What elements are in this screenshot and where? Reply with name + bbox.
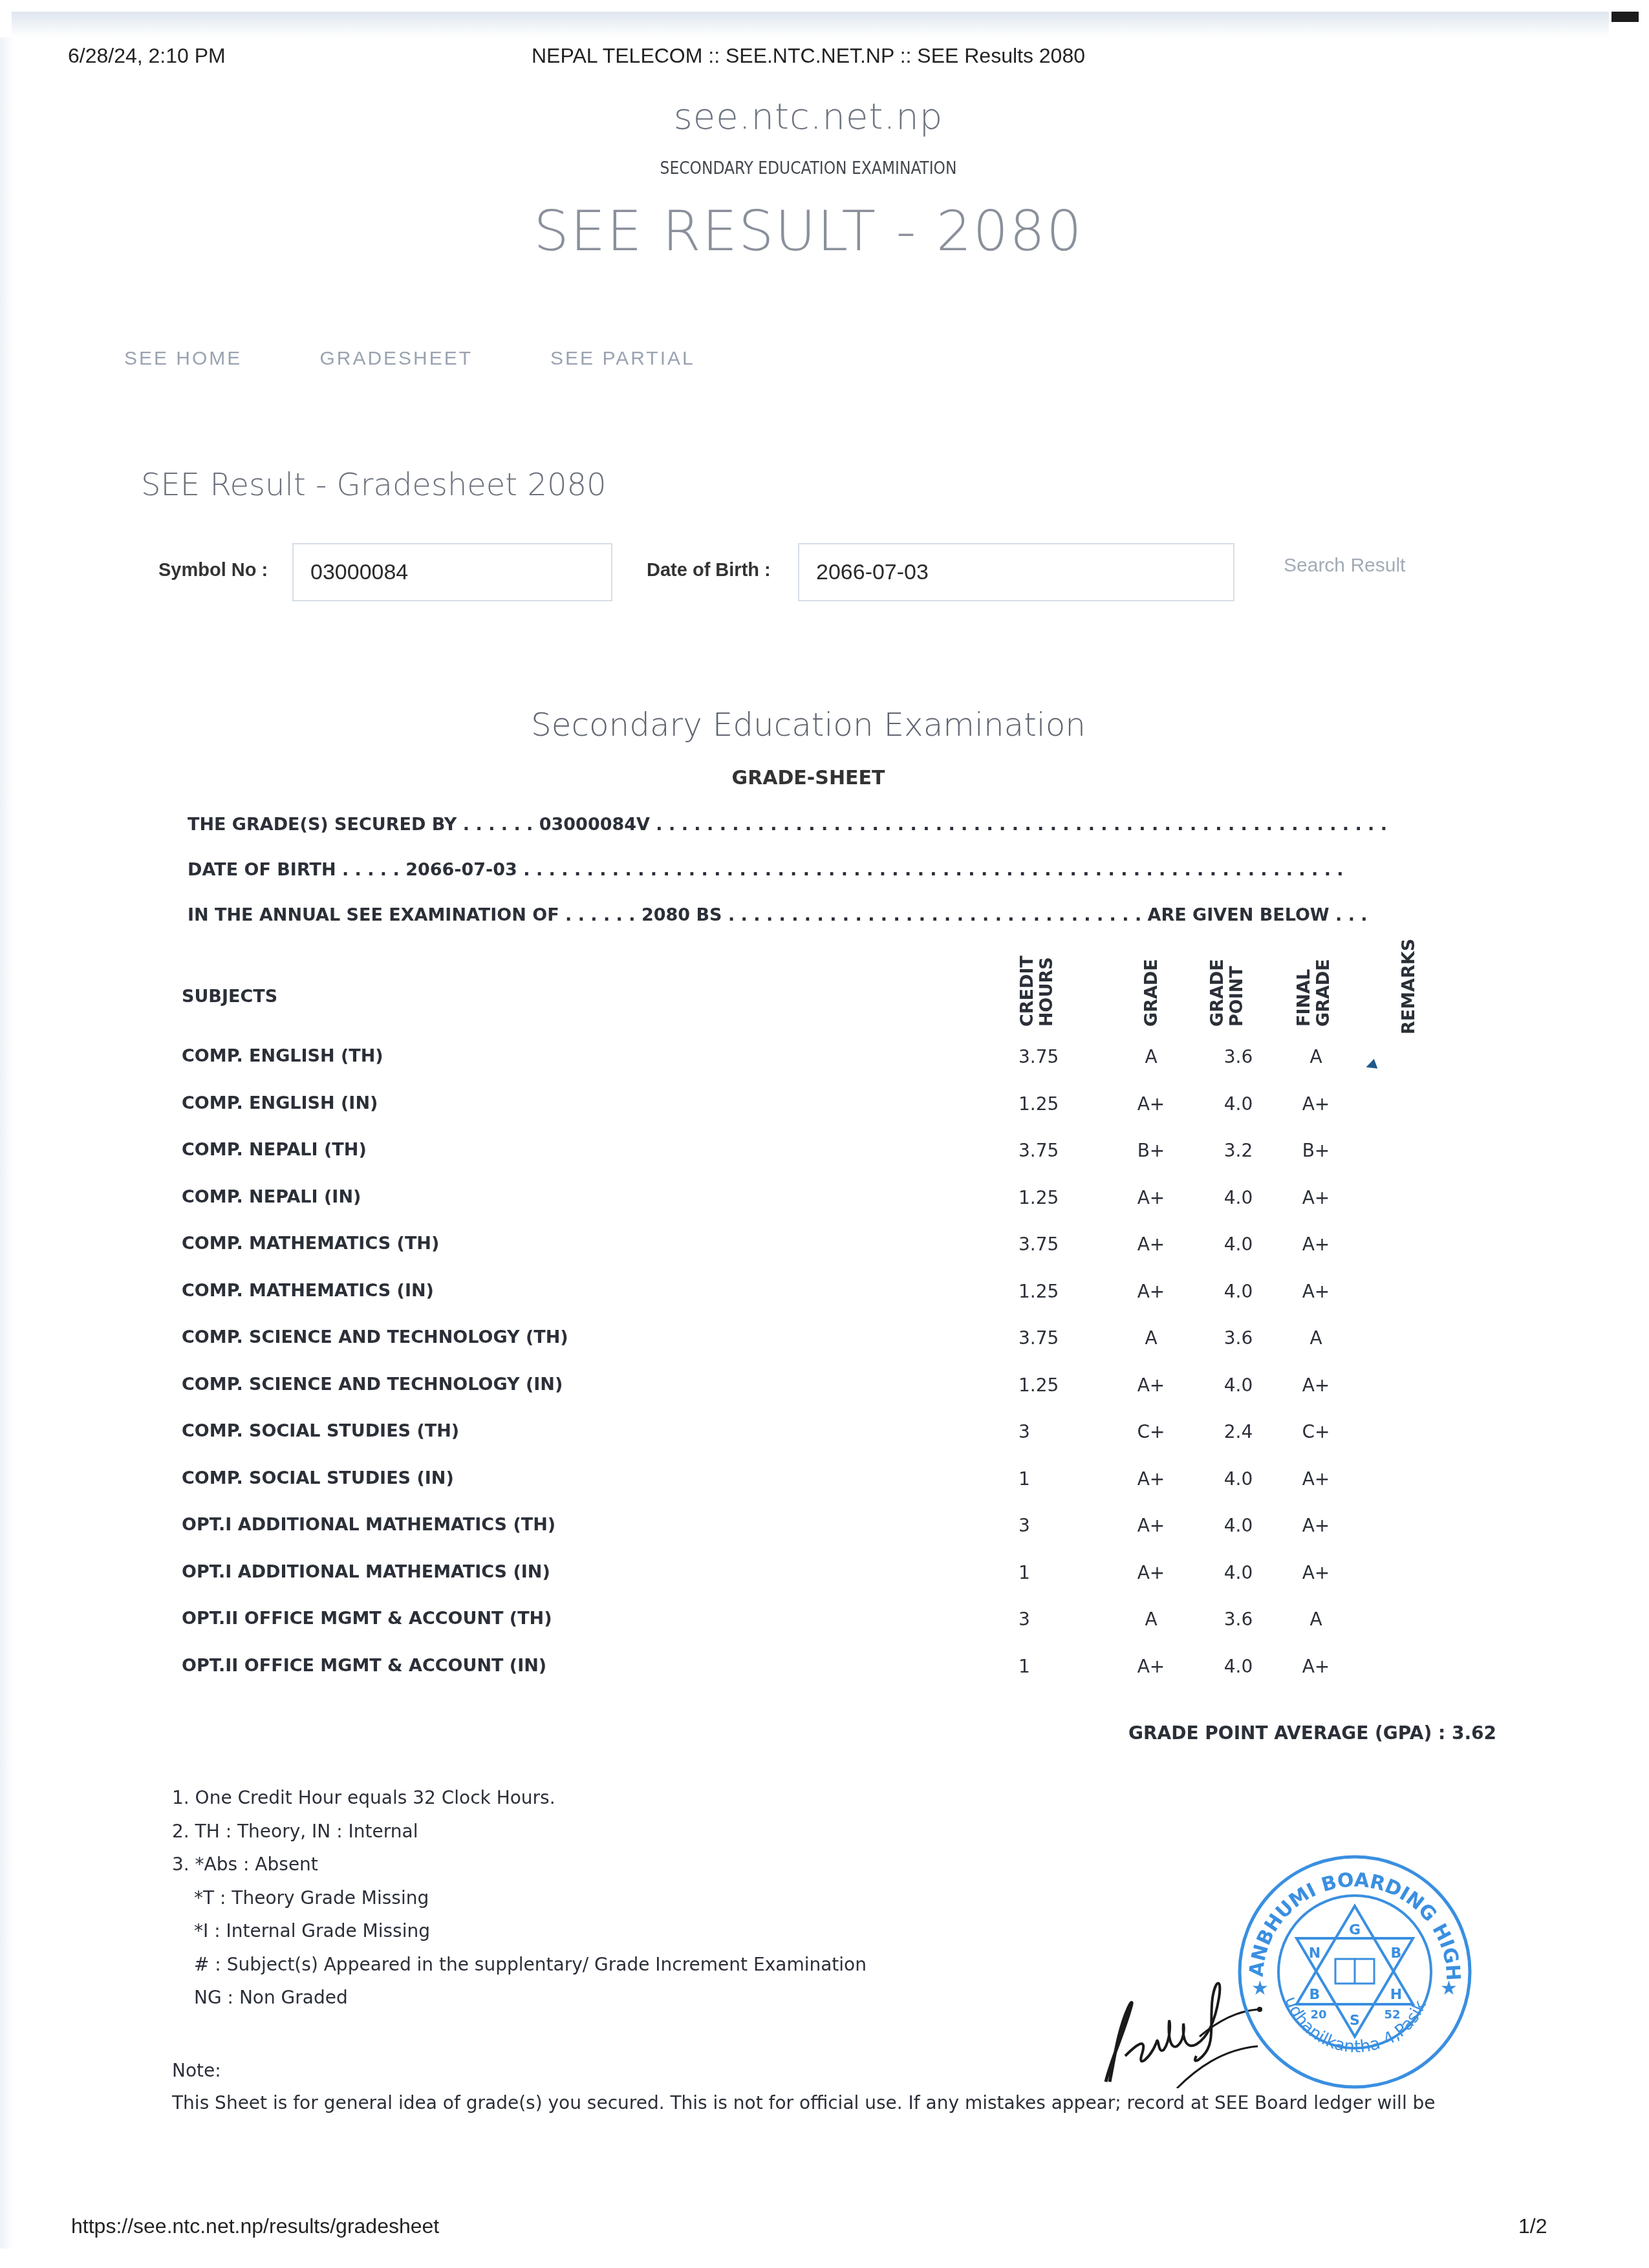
svg-text:N: N [1309, 1945, 1320, 1962]
table-row: OPT.I ADDITIONAL MATHEMATICS (TH)3A+4.0A… [0, 1515, 1649, 1541]
grade-point-cell: 3.6 [1209, 1609, 1267, 1630]
symbol-no-label: Symbol No : [158, 560, 268, 581]
subject-cell: OPT.I ADDITIONAL MATHEMATICS (TH) [182, 1515, 555, 1535]
table-row: COMP. SOCIAL STUDIES (IN)1A+4.0A+ [0, 1468, 1649, 1494]
credit-hours-cell: 1.25 [1018, 1093, 1059, 1115]
subject-cell: COMP. NEPALI (IN) [182, 1187, 361, 1207]
grade-cell: A+ [1128, 1468, 1174, 1490]
final-grade-cell: A [1293, 1609, 1339, 1630]
site-domain: see.ntc.net.np [0, 96, 1617, 138]
final-grade-cell: A+ [1293, 1234, 1339, 1255]
grade-point-cell: 2.4 [1209, 1421, 1267, 1442]
credit-hours-cell: 3.75 [1018, 1046, 1059, 1067]
final-grade-cell: B+ [1293, 1140, 1339, 1161]
final-grade-cell: A+ [1293, 1562, 1339, 1583]
subject-cell: COMP. SCIENCE AND TECHNOLOGY (IN) [182, 1375, 563, 1395]
grade-cell: A+ [1128, 1234, 1174, 1255]
legend-item: *I : Internal Grade Missing [194, 1920, 430, 1942]
legend-item: 1. One Credit Hour equals 32 Clock Hours… [172, 1787, 555, 1808]
credit-hours-cell: 1.25 [1018, 1187, 1059, 1208]
credit-hours-cell: 1.25 [1018, 1281, 1059, 1302]
date-of-birth-label: Date of Birth : [647, 560, 771, 581]
print-page-title: NEPAL TELECOM :: SEE.NTC.NET.NP :: SEE R… [0, 44, 1617, 68]
legend-item: 3. *Abs : Absent [172, 1854, 318, 1875]
grade-point-cell: 4.0 [1209, 1234, 1267, 1255]
svg-text:B: B [1391, 1945, 1402, 1962]
grade-cell: A+ [1128, 1515, 1174, 1536]
table-row: COMP. SOCIAL STUDIES (TH)3C+2.4C+ [0, 1421, 1649, 1447]
legend-item: NG : Non Graded [194, 1987, 348, 2008]
credit-hours-cell: 3.75 [1018, 1234, 1059, 1255]
footer-page-number: 1/2 [1518, 2214, 1547, 2238]
column-header-grade: GRADE [1142, 957, 1163, 1027]
subject-cell: OPT.II OFFICE MGMT & ACCOUNT (IN) [182, 1656, 546, 1676]
subject-cell: OPT.I ADDITIONAL MATHEMATICS (IN) [182, 1562, 550, 1582]
grade-cell: B+ [1128, 1140, 1174, 1161]
subject-cell: COMP. MATHEMATICS (TH) [182, 1234, 439, 1254]
credit-hours-cell: 1 [1018, 1656, 1030, 1677]
svg-text:S: S [1350, 2013, 1360, 2029]
column-header-remarks: REMARKS [1399, 950, 1420, 1034]
scan-edge-mark [1611, 12, 1639, 22]
grade-point-cell: 4.0 [1209, 1187, 1267, 1208]
credit-hours-cell: 1 [1018, 1562, 1030, 1583]
final-grade-cell: A+ [1293, 1375, 1339, 1396]
table-row: COMP. SCIENCE AND TECHNOLOGY (TH)3.75A3.… [0, 1327, 1649, 1353]
secured-by-line: THE GRADE(S) SECURED BY . . . . . . 0300… [188, 815, 1387, 835]
subject-cell: COMP. ENGLISH (IN) [182, 1093, 378, 1113]
nav-see-partial[interactable]: SEE PARTIAL [550, 348, 695, 370]
scan-edge-shadow [12, 12, 1609, 37]
subject-cell: COMP. ENGLISH (TH) [182, 1046, 383, 1066]
table-row: COMP. NEPALI (TH)3.75B+3.2B+ [0, 1140, 1649, 1166]
credit-hours-cell: 1.25 [1018, 1375, 1059, 1396]
grade-point-cell: 4.0 [1209, 1093, 1267, 1115]
svg-text:B: B [1309, 1987, 1320, 2003]
grade-cell: A [1128, 1609, 1174, 1630]
credit-hours-cell: 3 [1018, 1515, 1030, 1536]
column-header-grade-point: GRADE POINT [1208, 956, 1248, 1027]
table-row: OPT.II OFFICE MGMT & ACCOUNT (TH)3A3.6A [0, 1609, 1649, 1634]
legend-item: *T : Theory Grade Missing [194, 1887, 429, 1909]
dob-line: DATE OF BIRTH . . . . . 2066-07-03 . . .… [188, 860, 1344, 880]
credit-hours-cell: 3 [1018, 1421, 1030, 1442]
legend-item: 2. TH : Theory, IN : Internal [172, 1821, 418, 1842]
grade-point-cell: 4.0 [1209, 1515, 1267, 1536]
final-grade-cell: A [1293, 1327, 1339, 1349]
final-grade-cell: A+ [1293, 1093, 1339, 1115]
grade-cell: A+ [1128, 1281, 1174, 1302]
grade-cell: A+ [1128, 1656, 1174, 1677]
grade-cell: A [1128, 1046, 1174, 1067]
gradesheet-subtitle: GRADE-SHEET [0, 767, 1617, 789]
subject-cell: OPT.II OFFICE MGMT & ACCOUNT (TH) [182, 1609, 552, 1629]
table-row: COMP. MATHEMATICS (IN)1.25A+4.0A+ [0, 1281, 1649, 1307]
column-header-final-grade: FINAL GRADE [1295, 956, 1335, 1027]
credit-hours-cell: 3.75 [1018, 1327, 1059, 1349]
main-nav: SEE HOME GRADESHEET SEE PARTIAL [124, 348, 695, 370]
final-grade-cell: A+ [1293, 1656, 1339, 1677]
final-grade-cell: C+ [1293, 1421, 1339, 1442]
form-title: SEE Result - Gradesheet 2080 [141, 467, 607, 503]
gpa-summary: GRADE POINT AVERAGE (GPA) : 3.62 [1128, 1722, 1496, 1744]
grade-point-cell: 4.0 [1209, 1281, 1267, 1302]
table-row: COMP. ENGLISH (IN)1.25A+4.0A+ [0, 1093, 1649, 1119]
final-grade-cell: A [1293, 1046, 1339, 1067]
site-title: SEE RESULT - 2080 [0, 199, 1617, 264]
subject-cell: COMP. SOCIAL STUDIES (IN) [182, 1468, 454, 1488]
grade-cell: C+ [1128, 1421, 1174, 1442]
footer-url: https://see.ntc.net.np/results/gradeshee… [71, 2214, 439, 2238]
subject-cell: COMP. SOCIAL STUDIES (TH) [182, 1421, 459, 1441]
svg-text:20: 20 [1310, 2008, 1326, 2022]
credit-hours-cell: 3.75 [1018, 1140, 1059, 1161]
grade-point-cell: 4.0 [1209, 1468, 1267, 1490]
grade-cell: A+ [1128, 1375, 1174, 1396]
star-icon: ★ [1251, 1977, 1269, 2000]
subject-cell: COMP. NEPALI (TH) [182, 1140, 367, 1160]
svg-text:52: 52 [1384, 2008, 1400, 2022]
gradesheet-title: Secondary Education Examination [0, 706, 1617, 744]
note-label: Note: [172, 2060, 221, 2081]
column-header-credit-hours: CREDIT HOURS [1018, 956, 1058, 1027]
grade-cell: A+ [1128, 1093, 1174, 1115]
final-grade-cell: A+ [1293, 1281, 1339, 1302]
nav-see-home[interactable]: SEE HOME [124, 348, 242, 370]
grade-point-cell: 4.0 [1209, 1562, 1267, 1583]
final-grade-cell: A+ [1293, 1515, 1339, 1536]
subject-cell: COMP. MATHEMATICS (IN) [182, 1281, 434, 1301]
final-grade-cell: A+ [1293, 1187, 1339, 1208]
column-header-subjects: SUBJECTS [182, 987, 277, 1007]
table-row: OPT.II OFFICE MGMT & ACCOUNT (IN)1A+4.0A… [0, 1656, 1649, 1682]
svg-text:H: H [1390, 1987, 1402, 2003]
school-stamp: NAWA GYANBHUMI BOARDING HIGH SCHOOL Budh… [1232, 1849, 1478, 2095]
nav-gradesheet[interactable]: GRADESHEET [319, 348, 473, 370]
grade-point-cell: 3.6 [1209, 1327, 1267, 1349]
grade-point-cell: 3.6 [1209, 1046, 1267, 1067]
legend-item: # : Subject(s) Appeared in the supplenta… [194, 1954, 867, 1975]
symbol-no-input[interactable] [292, 543, 612, 601]
credit-hours-cell: 3 [1018, 1609, 1030, 1630]
star-icon: ★ [1440, 1977, 1458, 2000]
grade-point-cell: 3.2 [1209, 1140, 1267, 1161]
exam-line: IN THE ANNUAL SEE EXAMINATION OF . . . .… [188, 905, 1368, 925]
credit-hours-cell: 1 [1018, 1468, 1030, 1490]
table-row: OPT.I ADDITIONAL MATHEMATICS (IN)1A+4.0A… [0, 1562, 1649, 1588]
grade-point-cell: 4.0 [1209, 1375, 1267, 1396]
grade-cell: A+ [1128, 1187, 1174, 1208]
table-row: COMP. NEPALI (IN)1.25A+4.0A+ [0, 1187, 1649, 1213]
subject-cell: COMP. SCIENCE AND TECHNOLOGY (TH) [182, 1327, 568, 1347]
date-of-birth-input[interactable] [798, 543, 1234, 601]
grade-cell: A [1128, 1327, 1174, 1349]
grade-cell: A+ [1128, 1562, 1174, 1583]
grade-point-cell: 4.0 [1209, 1656, 1267, 1677]
final-grade-cell: A+ [1293, 1468, 1339, 1490]
site-subtitle: SECONDARY EDUCATION EXAMINATION [0, 159, 1617, 178]
note-text: This Sheet is for general idea of grade(… [172, 2092, 1436, 2113]
svg-text:G: G [1349, 1922, 1361, 1938]
table-row: COMP. ENGLISH (TH)3.75A3.6A [0, 1046, 1649, 1072]
table-row: COMP. MATHEMATICS (TH)3.75A+4.0A+ [0, 1234, 1649, 1259]
search-result-button[interactable]: Search Result [1284, 555, 1405, 577]
table-row: COMP. SCIENCE AND TECHNOLOGY (IN)1.25A+4… [0, 1375, 1649, 1400]
